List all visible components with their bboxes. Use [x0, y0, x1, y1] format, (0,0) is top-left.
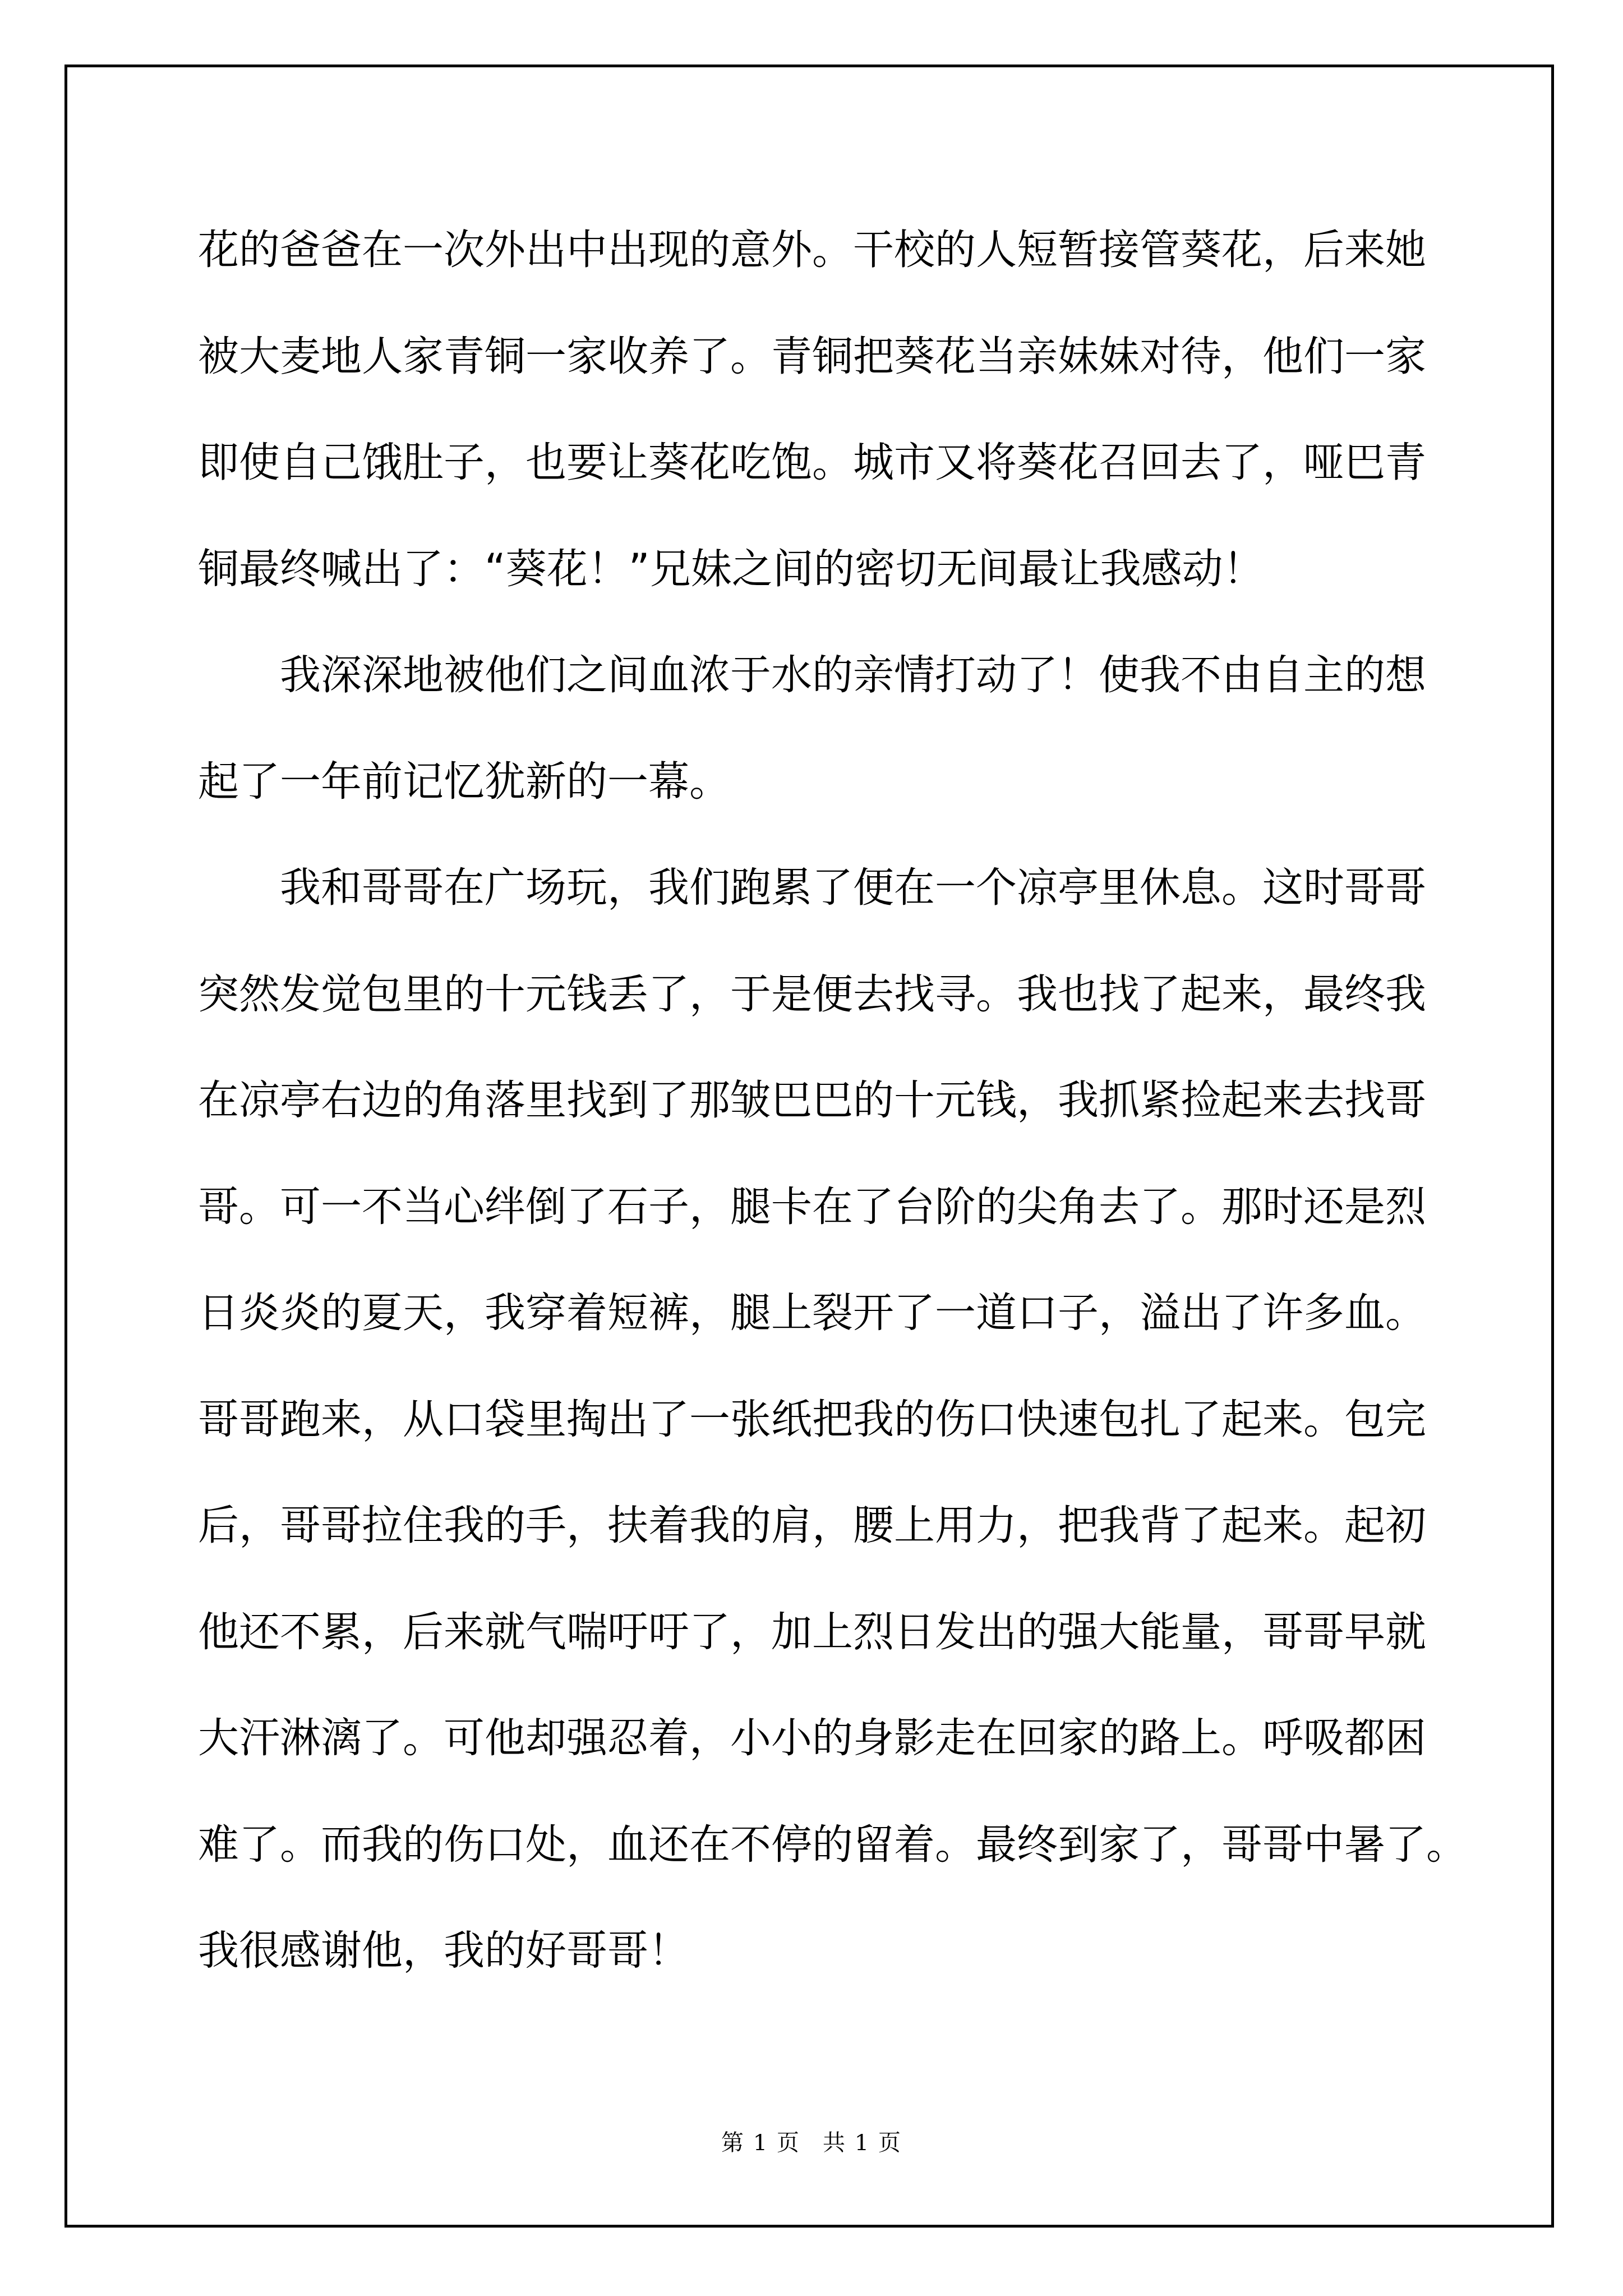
- paragraph-1: 花的爸爸在一次外出中出现的意外。干校的人短暂接管葵花，后来她 被大麦地人家青铜一…: [198, 197, 1432, 622]
- text-line: 花的爸爸在一次外出中出现的意外。干校的人短暂接管葵花，后来她: [198, 197, 1432, 303]
- text-line: 哥哥跑来，从口袋里掏出了一张纸把我的伤口快速包扎了起来。包完: [198, 1366, 1432, 1473]
- document-body: 花的爸爸在一次外出中出现的意外。干校的人短暂接管葵花，后来她 被大麦地人家青铜一…: [198, 197, 1432, 2004]
- text-line: 难了。而我的伤口处，血还在不停的留着。最终到家了，哥哥中暑了。: [198, 1792, 1432, 1898]
- text-line: 日炎炎的夏天，我穿着短裤，腿上裂开了一道口子，溢出了许多血。: [198, 1260, 1432, 1366]
- text-line: 大汗淋漓了。可他却强忍着，小小的身影走在回家的路上。呼吸都困: [198, 1685, 1432, 1792]
- paragraph-2: 我深深地被他们之间血浓于水的亲情打动了！使我不由自主的想 起了一年前记忆犹新的一…: [198, 622, 1432, 835]
- page-footer: 第 1 页共 1 页: [0, 2126, 1623, 2160]
- text-line: 我很感谢他，我的好哥哥！: [198, 1898, 1432, 2004]
- total-pages-label: 共 1 页: [823, 2126, 902, 2160]
- text-line: 即使自己饿肚子，也要让葵花吃饱。城市又将葵花召回去了，哑巴青: [198, 409, 1432, 516]
- text-line-indented: 我和哥哥在广场玩，我们跑累了便在一个凉亭里休息。这时哥哥: [198, 835, 1432, 941]
- text-line: 起了一年前记忆犹新的一幕。: [198, 729, 1432, 835]
- paragraph-3: 我和哥哥在广场玩，我们跑累了便在一个凉亭里休息。这时哥哥 突然发觉包里的十元钱丢…: [198, 835, 1432, 2004]
- text-line: 哥。可一不当心绊倒了石子，腿卡在了台阶的尖角去了。那时还是烈: [198, 1154, 1432, 1260]
- text-line: 突然发觉包里的十元钱丢了，于是便去找寻。我也找了起来，最终我: [198, 941, 1432, 1048]
- text-line: 他还不累，后来就气喘吁吁了，加上烈日发出的强大能量，哥哥早就: [198, 1579, 1432, 1686]
- text-line: 在凉亭右边的角落里找到了那皱巴巴的十元钱，我抓紧捡起来去找哥: [198, 1047, 1432, 1154]
- text-line: 铜最终喊出了：“葵花！”兄妹之间的密切无间最让我感动！: [198, 516, 1432, 623]
- current-page-label: 第 1 页: [721, 2126, 800, 2160]
- text-line: 被大麦地人家青铜一家收养了。青铜把葵花当亲妹妹对待，他们一家: [198, 303, 1432, 410]
- text-line-indented: 我深深地被他们之间血浓于水的亲情打动了！使我不由自主的想: [198, 622, 1432, 729]
- text-line: 后，哥哥拉住我的手，扶着我的肩，腰上用力，把我背了起来。起初: [198, 1473, 1432, 1579]
